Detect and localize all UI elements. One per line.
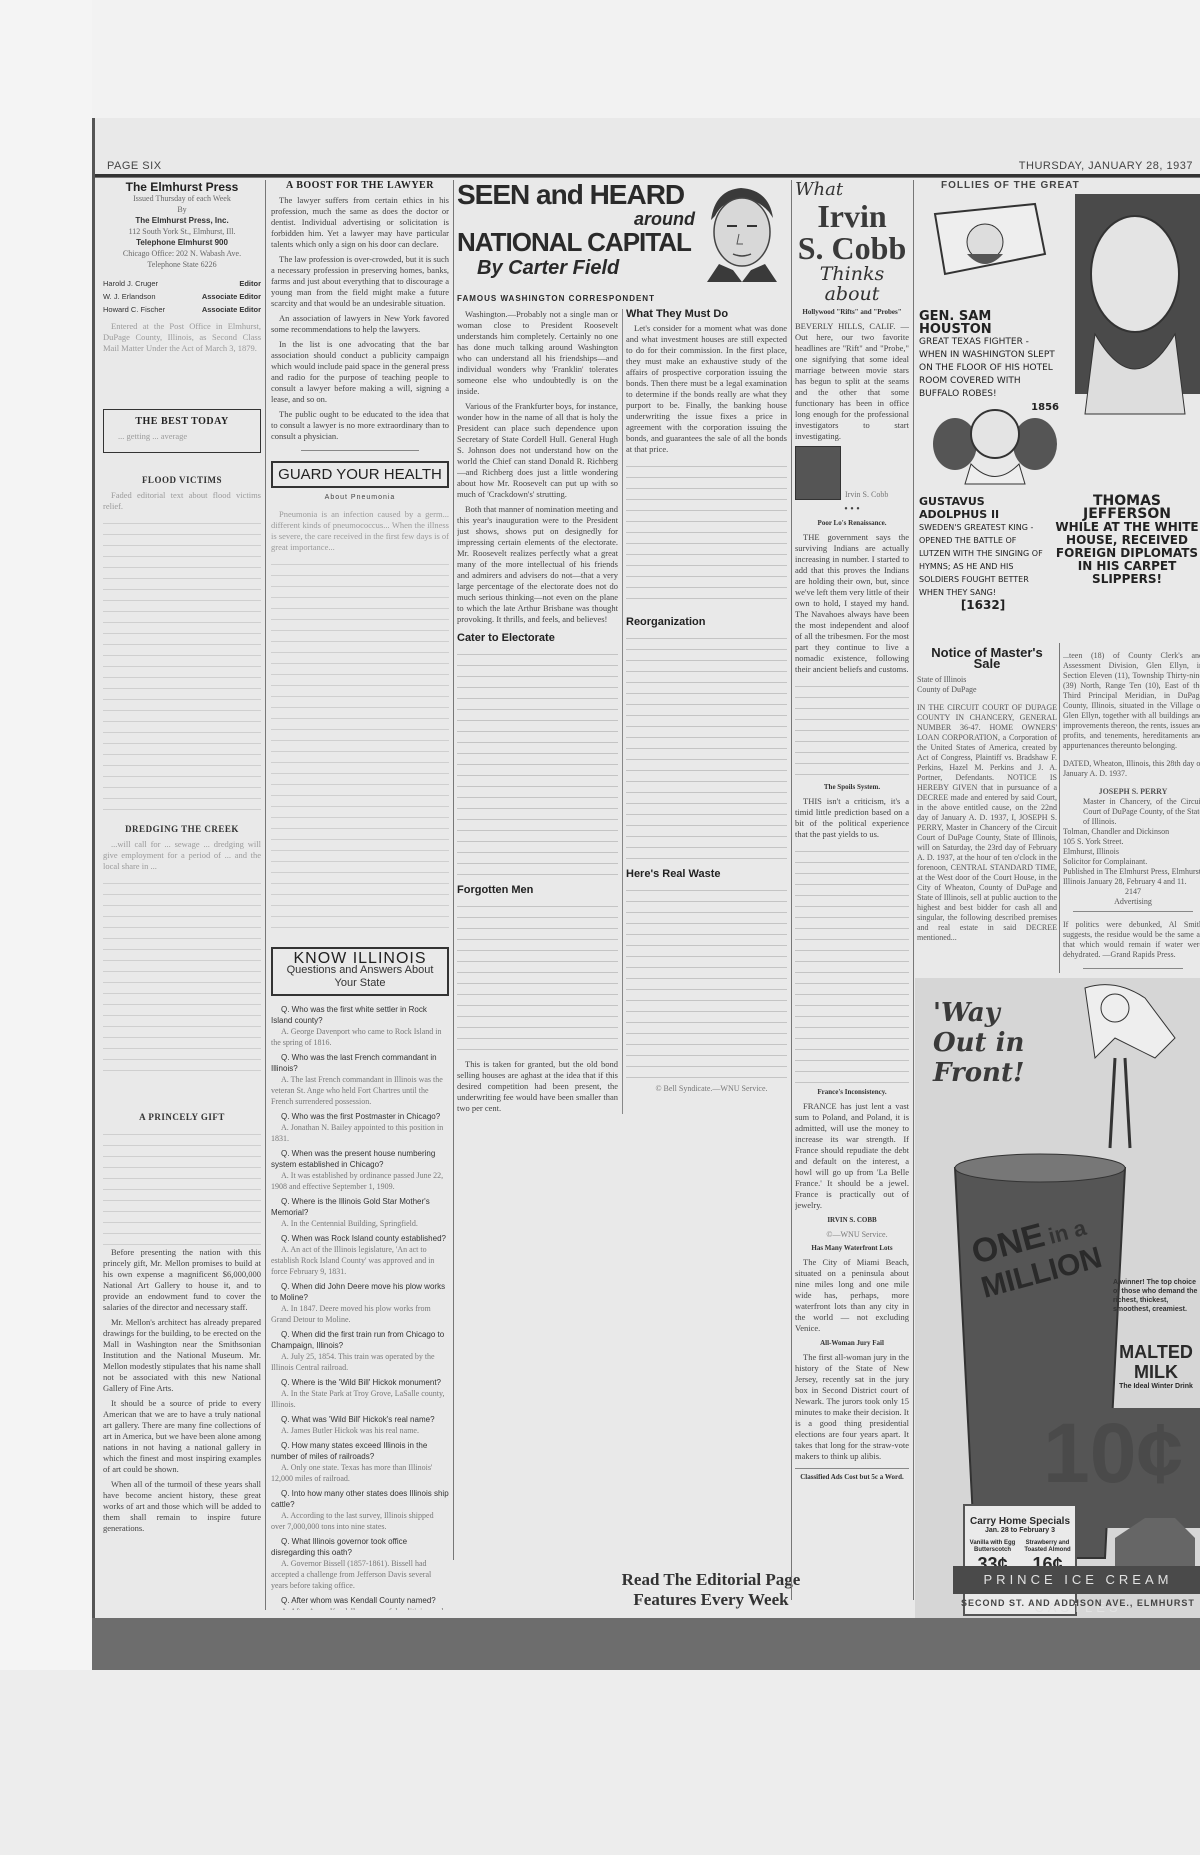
faded-column-text [103, 876, 261, 1076]
cobb-column: What Irvin S. Cobb Thinks about Hollywoo… [795, 180, 909, 1600]
seen-heard-column: SEEN and HEARD around the NATIONAL CAPIT… [457, 180, 787, 1500]
know-illinois-box: KNOW ILLINOIS Questions and Answers Abou… [271, 947, 449, 996]
column-divider [791, 180, 792, 1600]
ice-cream-ad: 'Way Out in Front! ONE in a MILLION A wi… [915, 978, 1200, 1618]
mailing-notice: Entered at the Post Office in Elmhurst, … [103, 321, 261, 354]
follies-comic: FOLLIES OF THE GREAT GEN. SAM HOUSTON GR… [915, 180, 1200, 640]
prince-castles-banner: PRINCE ICE CREAM CASTLES [953, 1566, 1200, 1594]
newspaper-page: PAGE SIX THURSDAY, JANUARY 28, 1937 The … [92, 118, 1200, 1618]
masthead-publisher: The Elmhurst Press, Inc. [103, 215, 261, 226]
health-body: Pneumonia is an infection caused by a ge… [271, 509, 449, 553]
houston-caption: GEN. SAM HOUSTON GREAT TEXAS FIGHTER - W… [919, 310, 1059, 414]
faded-column-text [103, 1127, 261, 1247]
ad-tagline: A winner! The top choice of those who de… [1113, 1278, 1200, 1314]
cobb-photo-caption: Irvin S. Cobb [845, 489, 888, 500]
masthead-address: 112 South York St., Elmhurst, Ill. [103, 226, 261, 237]
health-title: GUARD YOUR HEALTH [271, 461, 449, 488]
gift-paragraph: Before presenting the nation with this p… [103, 1247, 261, 1313]
masthead-line: Issued Thursday of each Week [103, 193, 261, 204]
column-divider [453, 180, 454, 1560]
gift-paragraph: When all of the turmoil of these years s… [103, 1479, 261, 1534]
masthead-chicago-office: Chicago Office: 202 N. Wabash Ave. [103, 248, 261, 259]
know-illinois-subtitle: Questions and Answers About Your State [277, 964, 443, 990]
column-divider [265, 180, 266, 1610]
jefferson-caption: THOMAS JEFFERSON WHILE AT THE WHITE HOUS… [1051, 495, 1200, 586]
masthead-column: The Elmhurst Press Issued Thursday of ea… [103, 180, 261, 1610]
cobb-lead: BEVERLY HILLS, CALIF. —Out here, our two… [795, 321, 909, 442]
classified-note: Classified Ads Cost but 5c a Word. [795, 1472, 909, 1483]
follies-title: FOLLIES OF THE GREAT [915, 180, 1200, 191]
staff-row: Harold J. CrugerEditor [103, 278, 261, 289]
princely-gift-heading: A PRINCELY GIFT [103, 1112, 261, 1123]
health-subtitle: About Pneumonia [271, 492, 449, 503]
seen-heard-subtitle: FAMOUS WASHINGTON CORRESPONDENT [457, 293, 787, 304]
box-title: THE BEST TODAY [110, 416, 254, 427]
gift-paragraph: It should be a source of pride to every … [103, 1398, 261, 1475]
editorial-column: A BOOST FOR THE LAWYER The lawyer suffer… [271, 180, 449, 1610]
header-rule [95, 174, 1200, 178]
faded-column-text [103, 516, 261, 816]
cobb-subhead: Hollywood "Rifts" and "Probes" [795, 307, 909, 318]
masthead-title: The Elmhurst Press [103, 182, 261, 193]
filler-quote: If politics were debunked, Al Smith sugg… [1063, 920, 1200, 960]
seen-heard-body: Washington.—Probably not a single man or… [457, 309, 787, 1114]
page-date: THURSDAY, JANUARY 28, 1937 [1019, 160, 1193, 172]
masthead-chicago-phone: Telephone State 6226 [103, 259, 261, 270]
gift-paragraph: Mr. Mellon's architect has already prepa… [103, 1317, 261, 1394]
scan-margin-bottom [0, 1670, 1200, 1855]
masthead-line: By [103, 204, 261, 215]
masters-sale-continued: ...teen (18) of County Clerk's and Asses… [1063, 643, 1200, 973]
page-number: PAGE SIX [107, 160, 162, 172]
cobb-photo [795, 446, 841, 500]
masters-sale-notice: Notice of Master's Sale State of Illinoi… [917, 643, 1057, 973]
know-illinois-title: KNOW ILLINOIS [277, 953, 443, 964]
masthead-phone: Telephone Elmhurst 900 [103, 237, 261, 248]
notice-body: IN THE CIRCUIT COURT OF DUPAGE COUNTY IN… [917, 703, 1057, 943]
gustavus-caption: GUSTAVUS ADOLPHUS II SWEDEN'S GREATEST K… [919, 495, 1047, 612]
faded-text: ​ [103, 358, 261, 369]
staff-row: Howard C. FischerAssociate Editor [103, 304, 261, 315]
editorial-box: THE BEST TODAY ... getting ... average [103, 409, 261, 453]
flood-victims-heading: FLOOD VICTIMS [103, 475, 261, 486]
scan-margin-left [0, 0, 92, 1855]
column-divider [913, 180, 914, 1600]
qa-list: Q. Who was the first white settler in Ro… [271, 1004, 449, 1610]
seen-heard-header: SEEN and HEARD around the NATIONAL CAPIT… [457, 180, 787, 290]
notice-title: Notice of Master's Sale [917, 647, 1057, 669]
staff-row: W. J. ErlandsonAssociate Editor [103, 291, 261, 302]
faded-column-text [271, 557, 449, 937]
cobb-header: What Irvin S. Cobb Thinks about [795, 180, 909, 304]
scan-margin-top [0, 0, 1200, 120]
ad-headline: 'Way Out in Front! [933, 998, 1024, 1088]
column-divider [1059, 643, 1060, 973]
editorial-title: A BOOST FOR THE LAWYER [271, 180, 449, 191]
malted-milk-label: MALTED MILK The Ideal Winter Drink [1111, 1342, 1200, 1391]
ad-address: SECOND ST. AND ADDISON AVE., ELMHURST [961, 1598, 1195, 1608]
ad-price: 10¢ [1043, 1408, 1183, 1498]
carter-field-portrait [697, 182, 783, 282]
dredging-heading: DREDGING THE CREEK [103, 824, 261, 835]
